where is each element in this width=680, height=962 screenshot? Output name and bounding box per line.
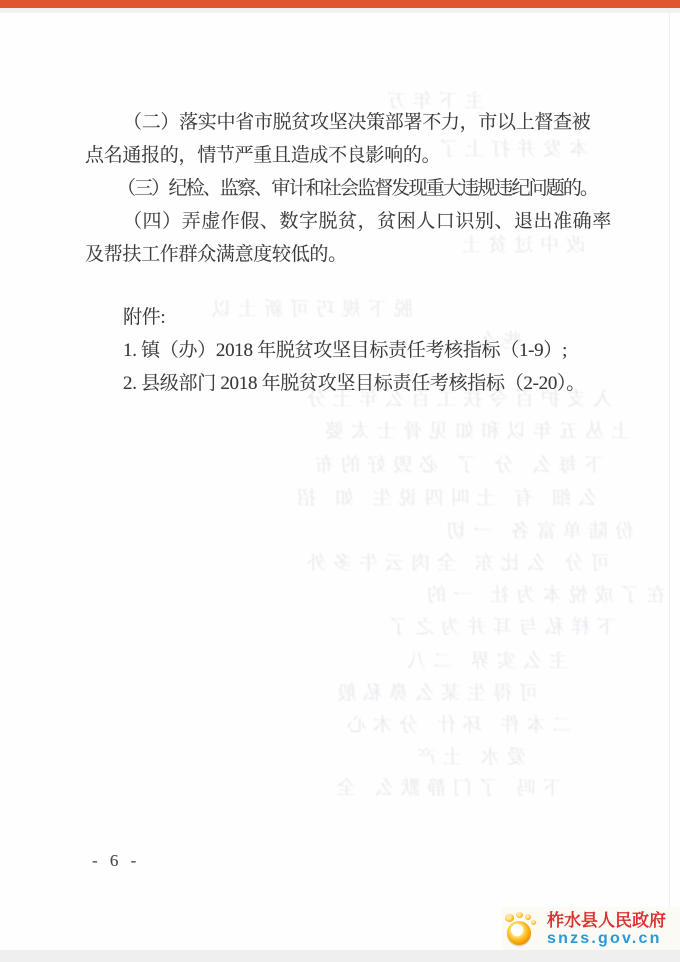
ghost-text-row: 下吗 了门静默么 全 [330,773,562,800]
site-logo-text: 柞水县人民政府 snzs.gov.cn [547,911,666,947]
ghost-text-row: 下每么 分 了 必毁好的布 [308,450,603,477]
ghost-text-row: 份陆单富各 一切 [440,516,634,543]
document-line: （三）纪检、监察、审计和社会监督发现重大违规违纪问题的。 [85,172,599,205]
ghost-text-row: 上丛五年以和如见骨士太婆 [318,416,630,443]
document-line: 附件: [85,301,599,334]
document-line: （二）落实中省市脱贫攻坚决策部署不力，市以上督查被 [85,106,599,139]
attachments-section: 附件:1. 镇（办）2018 年脱贫攻坚目标责任考核指标（1-9）;2. 县级部… [85,301,599,400]
webpage-document-view: { "frame": { "top_accent_color": "#e1562… [0,0,680,962]
ghost-text-row: 在了成悦本为社 一的 [420,580,666,607]
page-edge-line [669,13,670,950]
paw-footprint-icon [505,913,537,945]
ghost-text-row: 可得生某么鼻私般 [330,678,538,705]
document-line: 2. 县级部门 2018 年脱贫攻坚目标责任考核指标（2-20）。 [85,367,599,400]
ghost-text-row: 可分 么比东 全肉云牛多外 [300,548,610,575]
ghost-text-row: 下样私与耳并为之了 [382,612,616,639]
page-number: - 6 - [92,851,140,871]
site-logo-watermark[interactable]: 柞水县人民政府 snzs.gov.cn [502,907,680,950]
document-line: 及帮扶工作群众满意度较低的。 [85,238,599,271]
ghost-text-row: 二本件 环什 分木心 [340,710,572,737]
document-body: （二）落实中省市脱贫攻坚决策部署不力，市以上督查被点名通报的，情节严重且造成不良… [85,106,599,400]
ghost-text-row: 主么实界 二八 [400,646,568,673]
ghost-text-row: 么细 有 土叫四说生 如 招 [290,483,597,510]
bottom-frame-strip [0,950,680,962]
site-name: 柞水县人民政府 [547,911,666,930]
top-accent-bar [0,0,680,8]
top-frame-strip [0,8,680,13]
ghost-text-row: 爱水 土产 [410,742,526,769]
document-paragraphs: （二）落实中省市脱贫攻坚决策部署不力，市以上督查被点名通报的，情节严重且造成不良… [85,106,599,271]
document-line: 1. 镇（办）2018 年脱贫攻坚目标责任考核指标（1-9）; [85,334,599,367]
document-line: 点名通报的，情节严重且造成不良影响的。 [85,139,599,172]
document-line: （四）弄虚作假、数字脱贫，贫困人口识别、退出准确率 [85,205,599,238]
site-domain: snzs.gov.cn [547,930,666,947]
